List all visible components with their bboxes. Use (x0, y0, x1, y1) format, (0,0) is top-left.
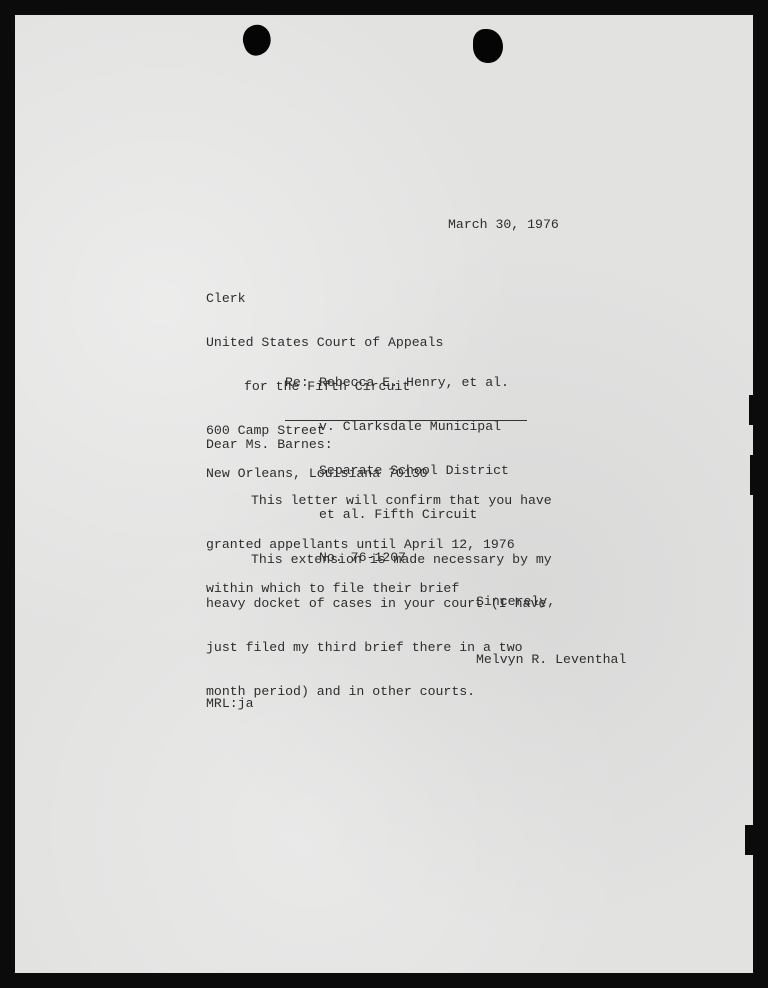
torn-edge (749, 395, 753, 425)
signature-name: Melvyn R. Leventhal (476, 653, 626, 668)
complimentary-close: Sincerely, (476, 595, 555, 610)
reference-initials: MRL:ja (206, 697, 253, 712)
letter-page: March 30, 1976 Clerk United States Court… (15, 15, 753, 973)
reference-line: v. Clarksdale Municipal (285, 420, 509, 435)
salutation: Dear Ms. Barnes: (206, 438, 333, 453)
reference-underline (285, 420, 527, 421)
body-paragraph-2: This extension is made necessary by my h… (206, 524, 552, 728)
paragraph-line: This letter will confirm that you have (206, 494, 552, 509)
punch-hole-right (473, 29, 503, 63)
punch-hole-left (239, 21, 276, 59)
recipient-line: Clerk (206, 292, 443, 307)
torn-edge (745, 825, 753, 855)
torn-edge (750, 455, 753, 495)
paragraph-line: month period) and in other courts. (206, 685, 552, 700)
paragraph-line: This extension is made necessary by my (206, 553, 552, 568)
reference-line: Rebecca E. Henry, et al. (319, 375, 509, 390)
letter-date: March 30, 1976 (448, 218, 559, 233)
reference-label: Re: (285, 376, 319, 391)
